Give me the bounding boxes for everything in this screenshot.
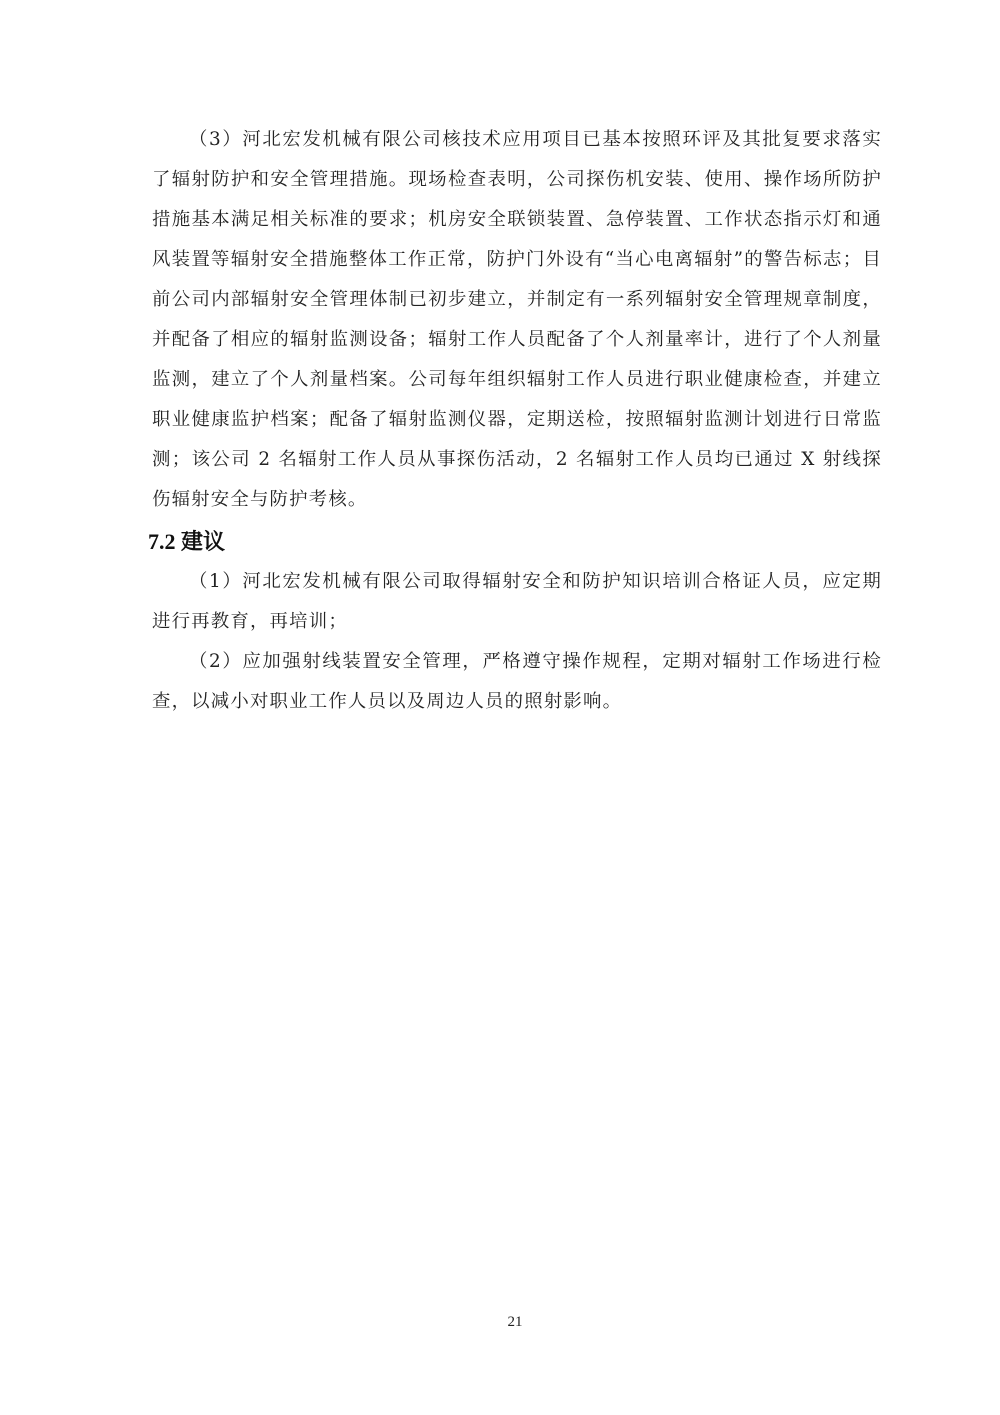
- section-heading-7-2: 7.2 建议: [148, 522, 882, 562]
- suggestion-paragraph-1: （1）河北宏发机械有限公司取得辐射安全和防护知识培训合格证人员，应定期进行再教育…: [152, 562, 882, 642]
- page-number: 21: [0, 1314, 1000, 1331]
- document-page: （3）河北宏发机械有限公司核技术应用项目已基本按照环评及其批复要求落实了辐射防护…: [152, 120, 882, 722]
- suggestion-paragraph-2: （2）应加强射线装置安全管理，严格遵守操作规程，定期对辐射工作场进行检查，以减小…: [152, 642, 882, 722]
- conclusion-paragraph-3: （3）河北宏发机械有限公司核技术应用项目已基本按照环评及其批复要求落实了辐射防护…: [152, 120, 882, 520]
